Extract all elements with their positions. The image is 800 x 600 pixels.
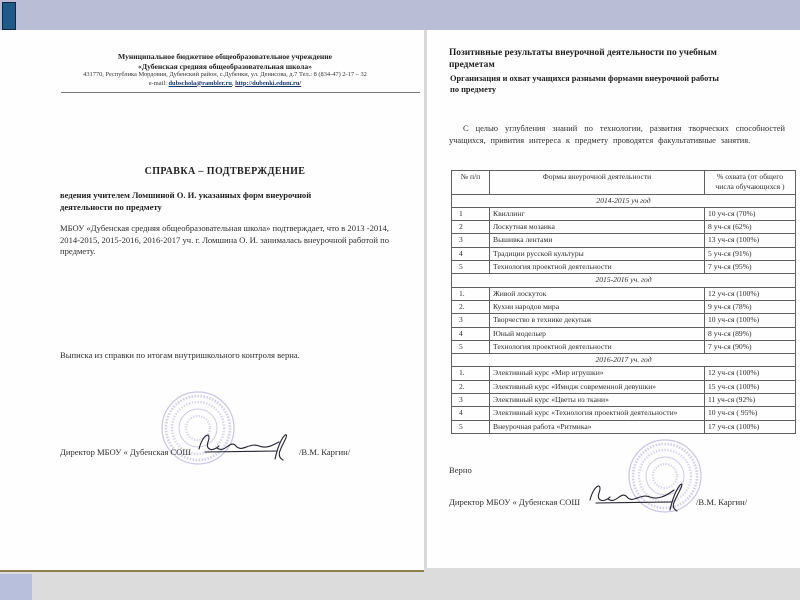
email-label: e-mail: bbox=[149, 80, 169, 87]
table-cell: 1 bbox=[452, 207, 490, 220]
table-cell: 1. bbox=[452, 367, 490, 380]
bottom-bar bbox=[0, 568, 800, 600]
table-row: 2.Элективный курс «Имидж современной дев… bbox=[452, 380, 796, 393]
table-cell: Традиции русской культуры bbox=[490, 247, 705, 260]
org-name-line1: Муниципальное бюджетное общеобразователь… bbox=[26, 52, 424, 62]
table-row: 3Вышивка лентами13 уч-ся (100%) bbox=[452, 234, 796, 247]
table-header-cell: Формы внеурочной деятельности bbox=[490, 171, 705, 195]
year-row: 2016-2017 уч. год bbox=[452, 354, 796, 367]
table-cell: Технология проектной деятельности bbox=[490, 261, 705, 274]
table-cell: 8 уч-ся (89%) bbox=[705, 327, 796, 340]
table-cell: 17 уч-ся (100%) bbox=[705, 420, 796, 433]
table-cell: 13 уч-ся (100%) bbox=[705, 234, 796, 247]
table-row: 1.Элективный курс «Мир игрушки»12 уч-ся … bbox=[452, 367, 796, 380]
table-cell: 4 bbox=[452, 407, 490, 420]
table-row: 3Творчество в технике декупаж10 уч-ся (1… bbox=[452, 314, 796, 327]
table-cell: 4 bbox=[452, 327, 490, 340]
certificate-body: МБОУ «Дубенская средняя общеобразователь… bbox=[60, 223, 394, 258]
table-cell: 7 уч-ся (90%) bbox=[705, 340, 796, 353]
table-row: 4Традиции русской культуры5 уч-ся (91%) bbox=[452, 247, 796, 260]
table-row: 4Юный модельер8 уч-ся (89%) bbox=[452, 327, 796, 340]
table-cell: Юный модельер bbox=[490, 327, 705, 340]
director-signature-row: Директор МБОУ « Дубенская СОШ /В.М. Карг… bbox=[449, 476, 747, 508]
director-label: Директор МБОУ « Дубенская СОШ bbox=[60, 447, 191, 457]
header-divider bbox=[61, 92, 420, 93]
director-label: Директор МБОУ « Дубенская СОШ bbox=[449, 496, 580, 508]
results-page: Позитивные результаты внеурочной деятель… bbox=[427, 30, 800, 568]
org-name-line2: «Дубенская средняя общеобразовательная ш… bbox=[26, 62, 424, 72]
year-row: 2014-2015 уч год bbox=[452, 194, 796, 207]
director-signature-ink bbox=[582, 476, 694, 512]
table-cell: Лоскутная мозаика bbox=[490, 221, 705, 234]
verified-label: Верно bbox=[449, 464, 747, 476]
results-intro: С целью углубления знаний по технологии,… bbox=[449, 123, 785, 146]
table-cell: Элективный курс «Цветы из ткани» bbox=[490, 394, 705, 407]
table-cell: 8 уч-ся (62%) bbox=[705, 221, 796, 234]
table-row: 5Технология проектной деятельности7 уч-с… bbox=[452, 261, 796, 274]
year-heading: 2015-2016 уч. год bbox=[452, 274, 796, 287]
results-subtitle: Организация и охват учащихся разными фор… bbox=[450, 73, 786, 95]
org-contacts: e-mail: dubschola@rambler.ru, http://dub… bbox=[26, 80, 424, 89]
email-link[interactable]: dubschola@rambler.ru bbox=[169, 80, 232, 87]
table-row: 3Элективный курс «Цветы из ткани»11 уч-с… bbox=[452, 394, 796, 407]
table-cell: Квиллинг bbox=[490, 207, 705, 220]
table-cell: 10 уч-ся ( 95%) bbox=[705, 407, 796, 420]
top-bar bbox=[0, 0, 800, 30]
table-row: 5Внеурочная работа «Ритмика»17 уч-ся (10… bbox=[452, 420, 796, 433]
table-row: 5Технология проектной деятельности7 уч-с… bbox=[452, 340, 796, 353]
table-header-row: № п/пФормы внеурочной деятельности% охва… bbox=[452, 171, 796, 195]
table-cell: 5 bbox=[452, 261, 490, 274]
table-row: 1Квиллинг10 уч-ся (70%) bbox=[452, 207, 796, 220]
table-row: 2Лоскутная мозаика8 уч-ся (62%) bbox=[452, 221, 796, 234]
director-signature-row: Директор МБОУ « Дубенская СОШ /В.М. Карг… bbox=[60, 427, 350, 457]
table-header-cell: № п/п bbox=[452, 171, 490, 195]
director-signature-ink bbox=[193, 427, 297, 461]
table-cell: Технология проектной деятельности bbox=[490, 340, 705, 353]
table-cell: 3 bbox=[452, 234, 490, 247]
table-cell: 5 bbox=[452, 340, 490, 353]
director-name: /В.М. Каргин/ bbox=[696, 496, 747, 508]
table-cell: Внеурочная работа «Ритмика» bbox=[490, 420, 705, 433]
table-cell: 15 уч-ся (100%) bbox=[705, 380, 796, 393]
table-cell: 5 уч-ся (91%) bbox=[705, 247, 796, 260]
table-cell: 3 bbox=[452, 394, 490, 407]
table-cell: Вышивка лентами bbox=[490, 234, 705, 247]
table-cell: 4 bbox=[452, 247, 490, 260]
table-cell: 12 уч-ся (100%) bbox=[705, 287, 796, 300]
results-title: Позитивные результаты внеурочной деятель… bbox=[449, 47, 785, 71]
table-header-cell: % охвата (от общего числа обучающихся ) bbox=[705, 171, 796, 195]
website-link[interactable]: http://dubenki.edum.ru/ bbox=[235, 80, 301, 87]
table-cell: Кухни народов мира bbox=[490, 300, 705, 313]
table-cell: 10 уч-ся (70%) bbox=[705, 207, 796, 220]
table-cell: 7 уч-ся (95%) bbox=[705, 261, 796, 274]
year-heading: 2014-2015 уч год bbox=[452, 194, 796, 207]
table-cell: 2. bbox=[452, 300, 490, 313]
table-cell: 11 уч-ся (92%) bbox=[705, 394, 796, 407]
table-cell: 5 bbox=[452, 420, 490, 433]
certificate-header: Муниципальное бюджетное общеобразователь… bbox=[0, 52, 424, 93]
table-cell: Элективный курс «Технология проектной де… bbox=[490, 407, 705, 420]
certificate-title: СПРАВКА – ПОДТВЕРЖДЕНИЕ bbox=[0, 166, 424, 177]
table-cell: 10 уч-ся (100%) bbox=[705, 314, 796, 327]
table-cell: Творчество в технике декупаж bbox=[490, 314, 705, 327]
table-row: 2.Кухни народов мира9 уч-ся (78%) bbox=[452, 300, 796, 313]
table-cell: Элективный курс «Имидж современной девуш… bbox=[490, 380, 705, 393]
certificate-page: Муниципальное бюджетное общеобразователь… bbox=[0, 30, 424, 572]
table-cell: 9 уч-ся (78%) bbox=[705, 300, 796, 313]
bottom-accent-square bbox=[0, 574, 32, 600]
table-row: 4Элективный курс «Технология проектной д… bbox=[452, 407, 796, 420]
table-row: 1.Живой лоскуток12 уч-ся (100%) bbox=[452, 287, 796, 300]
org-address: 431770, Республика Мордовия, Дубенский р… bbox=[26, 71, 424, 80]
certificate-subtitle: ведения учителем Ломшиной О. И. указанны… bbox=[60, 190, 372, 213]
table-cell: Живой лоскуток bbox=[490, 287, 705, 300]
certificate-note: Выписка из справки по итогам внутришколь… bbox=[60, 350, 400, 360]
presentation-slide: Муниципальное бюджетное общеобразователь… bbox=[0, 0, 800, 600]
table-cell: 2 bbox=[452, 221, 490, 234]
director-name: /В.М. Каргин/ bbox=[299, 447, 350, 457]
verification-block: Верно Директор МБОУ « Дубенская СОШ /В.М… bbox=[449, 464, 747, 508]
table-cell: Элективный курс «Мир игрушки» bbox=[490, 367, 705, 380]
table-cell: 1. bbox=[452, 287, 490, 300]
year-heading: 2016-2017 уч. год bbox=[452, 354, 796, 367]
table-cell: 2. bbox=[452, 380, 490, 393]
table-cell: 3 bbox=[452, 314, 490, 327]
year-row: 2015-2016 уч. год bbox=[452, 274, 796, 287]
accent-square bbox=[2, 2, 16, 30]
table-cell: 12 уч-ся (100%) bbox=[705, 367, 796, 380]
results-table: № п/пФормы внеурочной деятельности% охва… bbox=[451, 170, 796, 434]
